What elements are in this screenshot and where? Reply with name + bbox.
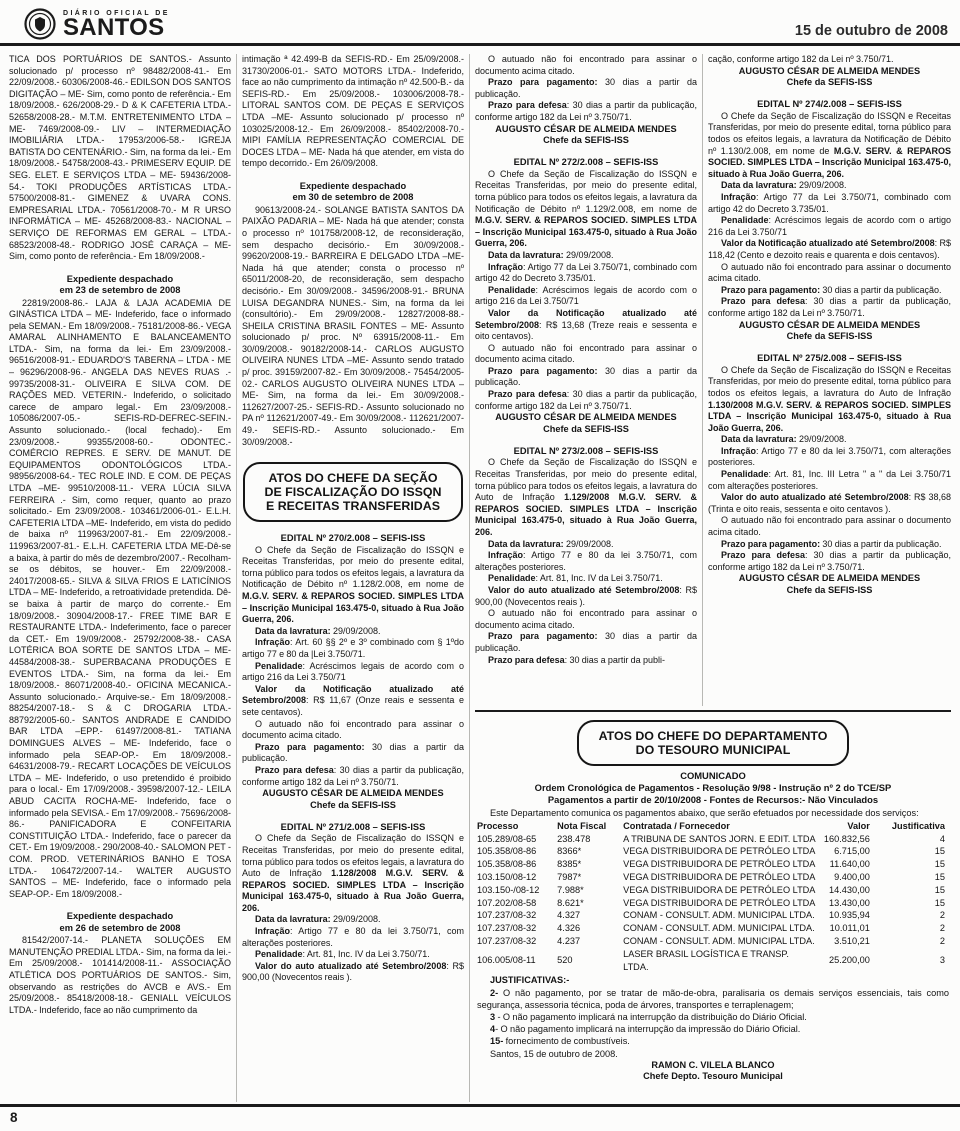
paragraph: O Chefe da Seção de Fiscalização do ISSQ… — [475, 457, 697, 538]
edital-273: EDITAL Nº 273/2.008 – SEFIS-ISS O Chefe … — [475, 446, 697, 666]
paragraph: O Chefe da Seção de Fiscalização do ISSQ… — [475, 169, 697, 250]
table-cell: 9.400,00 — [816, 871, 891, 884]
paragraph: Infração: Artigo 77 e 80 da lei 3.750/71… — [475, 550, 697, 573]
table-cell: 15 — [892, 858, 949, 871]
table-cell: 238.478 — [557, 833, 623, 846]
section-heading-line: em 30 de setembro de 2008 — [242, 192, 464, 203]
section-heading: Expediente despachado em 23 de setembro … — [9, 274, 231, 297]
paragraph: Infração: Artigo 77 e 80 da lei 3.750/71… — [242, 926, 464, 949]
text-run: Prazo para pagamento: — [721, 285, 820, 295]
text-run: Penalidade — [721, 215, 769, 225]
text-run: - O não pagamento implicará na interrupç… — [495, 1024, 800, 1034]
paragraph: Penalidade: Art. 81, Inc. IV da Lei 3.75… — [475, 573, 697, 585]
text-run: O autuado não foi encontrado para assina… — [475, 54, 697, 76]
paragraph: O autuado não foi encontrado para assina… — [475, 54, 697, 77]
table-cell: 3 — [892, 948, 949, 974]
text-run: Prazo para defesa — [255, 765, 334, 775]
text-run: : Art. 81, Inc. IV da Lei 3.750/71. — [303, 949, 430, 959]
column-divider — [236, 54, 237, 1102]
text-run: Data da lavratura: — [721, 180, 797, 190]
table-cell: 107.237/08-32 — [477, 922, 557, 935]
text-run: Penalidade — [255, 949, 303, 959]
text-run: O Chefe da Seção de Fiscalização do ISSQ… — [242, 545, 464, 590]
table-cell: LASER BRASIL LOGÍSTICA E TRANSP. LTDA. — [623, 948, 816, 974]
edital-271: EDITAL Nº 271/2.008 – SEFIS-ISS O Chefe … — [242, 822, 464, 984]
edital-title: EDITAL Nº 275/2.008 – SEFIS-ISS — [708, 353, 951, 364]
text-run: 1.130/2008 M.G.V. SERV. & REPAROS SOCIED… — [708, 400, 951, 433]
text-run: Prazo para pagamento: — [488, 366, 598, 376]
text-run: Prazo para defesa — [488, 100, 567, 110]
text-run: Prazo para pagamento: — [255, 742, 365, 752]
table-cell: 10.935,94 — [816, 909, 891, 922]
text-run: O autuado não foi encontrado para assina… — [475, 343, 697, 365]
table-cell: 7987* — [557, 871, 623, 884]
paragraph: Prazo para defesa: 30 dias a partir da p… — [475, 100, 697, 123]
signature-role: Chefe da SEFIS-ISS — [708, 77, 951, 88]
signature-name: AUGUSTO CÉSAR DE ALMEIDA MENDES — [708, 320, 951, 331]
page-number: 8 — [10, 1110, 18, 1125]
paragraph: 3 - O não pagamento implicará na interru… — [477, 1011, 949, 1023]
text-run: 30 dias a partir da publicação. — [820, 539, 941, 549]
text-run: Prazo para defesa — [488, 389, 567, 399]
edital-271-continuation: O autuado não foi encontrado para assina… — [475, 54, 697, 124]
text-run: Valor da Notificação atualizado até Sete… — [721, 238, 935, 248]
santos-crest-icon — [24, 8, 56, 40]
text-run: Prazo para pagamento: — [488, 77, 598, 87]
signature-role: Chefe da SEFIS-ISS — [475, 135, 697, 146]
paragraph: O Chefe da Seção de Fiscalização do ISSQ… — [242, 833, 464, 914]
paragraph: O autuado não foi encontrado para assina… — [708, 262, 951, 285]
table-cell: 8.621* — [557, 897, 623, 910]
column-header: Processo — [477, 820, 557, 833]
edital-title: EDITAL Nº 270/2.008 – SEFIS-ISS — [242, 533, 464, 544]
paragraph: O autuado não foi encontrado para assina… — [475, 343, 697, 366]
text-run: 29/09/2008. — [564, 250, 614, 260]
table-cell: CONAM - CONSULT. ADM. MUNICIPAL LTDA. — [623, 909, 816, 922]
paragraph: Prazo para defesa: 30 dias a partir da p… — [475, 389, 697, 412]
section-heading: Expediente despachado em 30 de setembro … — [242, 181, 464, 204]
paragraph: Valor do auto atualizado até Setembro/20… — [708, 492, 951, 515]
paragraph: Penalidade: Acréscimos legais de acordo … — [708, 215, 951, 238]
table-cell: 4 — [892, 833, 949, 846]
edital-body: O Chefe da Seção de Fiscalização do ISSQ… — [475, 457, 697, 666]
comunicado-subtitle: Ordem Cronológica de Pagamentos - Resolu… — [477, 782, 949, 794]
table-cell: 105.358/08-86 — [477, 858, 557, 871]
text-run: 29/09/2008. — [797, 434, 847, 444]
paragraph: Prazo para pagamento: 30 dias a partir d… — [475, 631, 697, 654]
table-cell: 107.237/08-32 — [477, 909, 557, 922]
table-cell: 2 — [892, 935, 949, 948]
table-cell: 15 — [892, 845, 949, 858]
table-cell: 105.358/08-86 — [477, 845, 557, 858]
text-run: Valor do auto atualizado até Setembro/20… — [721, 492, 909, 502]
paragraph: Infração: Artigo 77 da Lei 3.750/71, com… — [708, 192, 951, 215]
section-heading-line: Expediente despachado — [9, 911, 231, 922]
footer-rule — [0, 1104, 960, 1107]
justificativas-list: 2- O não pagamento, por se tratar de mão… — [477, 987, 949, 1060]
edital-body: O Chefe da Seção de Fiscalização do ISSQ… — [475, 169, 697, 412]
column-2: intimação ª 42.499-B da SEFIS-RD.- Em 25… — [242, 54, 464, 1102]
table-cell: VEGA DISTRIBUIDORA DE PETRÓLEO LTDA — [623, 884, 816, 897]
gazette-page: DIÁRIO OFICIAL DE SANTOS 15 de outubro d… — [0, 0, 960, 1131]
paragraph: O Chefe da Seção de Fiscalização do ISSQ… — [242, 545, 464, 626]
text-run: 30 dias a partir da publicação. — [820, 285, 941, 295]
paragraph: Data da lavratura: 29/09/2008. — [242, 626, 464, 638]
table-row: 106.005/08-11520LASER BRASIL LOGÍSTICA E… — [477, 948, 949, 974]
signature: AUGUSTO CÉSAR DE ALMEIDA MENDES Chefe da… — [708, 66, 951, 89]
table-cell: 103.150/08-12 — [477, 871, 557, 884]
table-header-row: Processo Nota Fiscal Contratada / Fornec… — [477, 820, 949, 833]
signature: AUGUSTO CÉSAR DE ALMEIDA MENDES Chefe da… — [475, 124, 697, 147]
table-row: 103.150-/08-127.988*VEGA DISTRIBUIDORA D… — [477, 884, 949, 897]
paragraph: TICA DOS PORTUÁRIOS DE SANTOS.- Assunto … — [9, 54, 231, 263]
logo-text: DIÁRIO OFICIAL DE SANTOS — [63, 10, 170, 38]
column-4: cação, conforme artigo 182 da Lei nº 3.7… — [708, 54, 951, 706]
paragraph: Prazo para defesa: 30 dias a partir da p… — [242, 765, 464, 788]
table-cell: CONAM - CONSULT. ADM. MUNICIPAL LTDA. — [623, 935, 816, 948]
table-cell: 14.430,00 — [816, 884, 891, 897]
table-cell: CONAM - CONSULT. ADM. MUNICIPAL LTDA. — [623, 922, 816, 935]
table-row: 105.289/08-65238.478A TRIBUNA DE SANTOS … — [477, 833, 949, 846]
column-divider — [469, 54, 470, 1102]
table-cell: 103.150-/08-12 — [477, 884, 557, 897]
signature-role: Chefe Depto. Tesouro Municipal — [477, 1071, 949, 1082]
text-run: 15- — [490, 1036, 503, 1046]
text-run: 29/09/2008. — [564, 539, 614, 549]
banner-line: DO TESOURO MUNICIPAL — [587, 743, 839, 757]
tesouro-section-banner: ATOS DO CHEFE DO DEPARTAMENTO DO TESOURO… — [577, 720, 849, 766]
table-cell: 4.237 — [557, 935, 623, 948]
column-3: O autuado não foi encontrado para assina… — [475, 54, 697, 706]
paragraph: Data da lavratura: 29/09/2008. — [708, 434, 951, 446]
text-run: Data da lavratura: — [721, 434, 797, 444]
paragraph: Data da lavratura: 29/09/2008. — [475, 539, 697, 551]
text-run: O autuado não foi encontrado para assina… — [475, 608, 697, 630]
signature-role: Chefe da SEFIS-ISS — [708, 585, 951, 596]
paragraph: intimação ª 42.499-B da SEFIS-RD.- Em 25… — [242, 54, 464, 170]
main-content: TICA DOS PORTUÁRIOS DE SANTOS.- Assunto … — [0, 46, 960, 1102]
signature-name: AUGUSTO CÉSAR DE ALMEIDA MENDES — [242, 788, 464, 799]
text-run: O autuado não foi encontrado para assina… — [708, 515, 951, 537]
table-cell: 25.200,00 — [816, 948, 891, 974]
table-cell: 10.011,01 — [816, 922, 891, 935]
table-cell: 3.510,21 — [816, 935, 891, 948]
signature-name: AUGUSTO CÉSAR DE ALMEIDA MENDES — [475, 124, 697, 135]
edital-body: O Chefe da Seção de Fiscalização do ISSQ… — [242, 545, 464, 788]
table-cell: 520 — [557, 948, 623, 974]
paragraph: 15- fornecimento de combustíveis. — [477, 1035, 949, 1047]
table-row: 107.237/08-324.326CONAM - CONSULT. ADM. … — [477, 922, 949, 935]
page-header: DIÁRIO OFICIAL DE SANTOS 15 de outubro d… — [0, 0, 960, 46]
paragraph: Prazo para pagamento: 30 dias a partir d… — [475, 366, 697, 389]
edital-title: EDITAL Nº 271/2.008 – SEFIS-ISS — [242, 822, 464, 833]
text-run: Data da lavratura: — [255, 626, 331, 636]
table-cell: 15 — [892, 897, 949, 910]
text-run: O não pagamento, por se tratar de mão-de… — [477, 988, 949, 1010]
table-row: 107.202/08-588.621*VEGA DISTRIBUIDORA DE… — [477, 897, 949, 910]
table-cell: 105.289/08-65 — [477, 833, 557, 846]
column-header: Contratada / Fornecedor — [623, 820, 816, 833]
signature: AUGUSTO CÉSAR DE ALMEIDA MENDES Chefe da… — [242, 788, 464, 811]
table-cell: 160.832,56 — [816, 833, 891, 846]
paragraph: Infração: Artigo 77 e 80 da lei 3.750/71… — [708, 446, 951, 469]
edital-body: O Chefe da Seção de Fiscalização do ISSQ… — [708, 111, 951, 320]
banner-line: ATOS DO CHEFE DA SEÇÃO — [249, 471, 457, 485]
table-cell: 7.988* — [557, 884, 623, 897]
paragraph: Prazo para pagamento: 30 dias a partir d… — [242, 742, 464, 765]
comunicado-title: COMUNICADO — [477, 770, 949, 782]
text-run: Penalidade — [488, 285, 536, 295]
right-upper-columns: O autuado não foi encontrado para assina… — [475, 54, 951, 706]
table-cell: VEGA DISTRIBUIDORA DE PETRÓLEO LTDA — [623, 845, 816, 858]
text-run: fornecimento de combustíveis. — [503, 1036, 630, 1046]
text-run: : 30 dias a partir da publi- — [565, 655, 665, 665]
text-run: Santos, 15 de outubro de 2008. — [490, 1049, 618, 1059]
paragraph: Penalidade: Art. 81, Inc. III Letra " a … — [708, 469, 951, 492]
signature-role: Chefe da SEFIS-ISS — [708, 331, 951, 342]
text-run: Infração — [488, 550, 523, 560]
table-cell: VEGA DISTRIBUIDORA DE PETRÓLEO LTDA — [623, 897, 816, 910]
paragraph: Valor da Notificação atualizado até Sete… — [475, 308, 697, 343]
issqn-section-banner: ATOS DO CHEFE DA SEÇÃO DE FISCALIZAÇÃO D… — [243, 462, 463, 522]
text-run: - O não pagamento implicará na interrupç… — [495, 1012, 807, 1022]
edital-title: EDITAL Nº 274/2.008 – SEFIS-ISS — [708, 99, 951, 110]
signature-name: RAMON C. VILELA BLANCO — [477, 1060, 949, 1071]
paragraph: 22819/2008-86.- LAJA & LAJA ACADEMIA DE … — [9, 298, 231, 901]
paragraph: 81542/2007-14.- PLANETA SOLUÇÕES EM MANU… — [9, 935, 231, 1016]
text-run: Data da lavratura: — [255, 914, 331, 924]
text-run: : Art. 81, Inc. IV da Lei 3.750/71. — [536, 573, 663, 583]
text-run: O autuado não foi encontrado para assina… — [708, 262, 951, 284]
payments-table: Processo Nota Fiscal Contratada / Fornec… — [477, 820, 949, 974]
paragraph: Prazo para defesa: 30 dias a partir da p… — [475, 655, 697, 667]
text-run: Prazo para pagamento: — [721, 539, 820, 549]
text-run: 29/09/2008. — [797, 180, 847, 190]
paragraph: Data da lavratura: 29/09/2008. — [708, 180, 951, 192]
justificativas-title: JUSTIFICATIVAS:- — [477, 974, 949, 986]
text-run: Prazo para defesa — [721, 550, 805, 560]
table-row: 107.237/08-324.327CONAM - CONSULT. ADM. … — [477, 909, 949, 922]
edital-272: EDITAL Nº 272/2.008 – SEFIS-ISS O Chefe … — [475, 157, 697, 435]
column-divider — [702, 54, 703, 706]
text-run: 29/09/2008. — [331, 626, 381, 636]
signature-name: AUGUSTO CÉSAR DE ALMEIDA MENDES — [708, 573, 951, 584]
table-cell: VEGA DISTRIBUIDORA DE PETRÓLEO LTDA — [623, 871, 816, 884]
signature-name: AUGUSTO CÉSAR DE ALMEIDA MENDES — [475, 412, 697, 423]
text-run: M.G.V. SERV. & REPAROS SOCIED. SIMPLES L… — [242, 591, 464, 624]
table-cell: 107.237/08-32 — [477, 935, 557, 948]
paragraph: Prazo para defesa: 30 dias a partir da p… — [708, 296, 951, 319]
paragraph: Prazo para pagamento: 30 dias a partir d… — [708, 539, 951, 551]
table-cell: 15 — [892, 871, 949, 884]
column-header: Valor — [816, 820, 891, 833]
text-run: Penalidade — [255, 661, 303, 671]
section-divider-rule — [475, 710, 951, 712]
table-cell: 13.430,00 — [816, 897, 891, 910]
text-run: Infração — [488, 262, 523, 272]
text-run: O Chefe da Seção de Fiscalização do ISSQ… — [708, 365, 951, 398]
table-cell: 2 — [892, 922, 949, 935]
text-run: Penalidade — [488, 573, 536, 583]
gazette-logo: DIÁRIO OFICIAL DE SANTOS — [24, 8, 170, 40]
paragraph: 4- O não pagamento implicará na interrup… — [477, 1023, 949, 1035]
table-row: 105.358/08-868366*VEGA DISTRIBUIDORA DE … — [477, 845, 949, 858]
edital-body: O Chefe da Seção de Fiscalização do ISSQ… — [708, 365, 951, 574]
payments-table-header: Processo Nota Fiscal Contratada / Fornec… — [477, 820, 949, 833]
table-cell: 4.327 — [557, 909, 623, 922]
paragraph: Este Departamento comunica os pagamentos… — [477, 807, 949, 819]
text-run: Prazo para pagamento: — [488, 631, 598, 641]
banner-line: ATOS DO CHEFE DO DEPARTAMENTO — [587, 729, 839, 743]
table-cell: 8385* — [557, 858, 623, 871]
paragraph: cação, conforme artigo 182 da Lei nº 3.7… — [708, 54, 951, 66]
edital-275: EDITAL Nº 275/2.008 – SEFIS-ISS O Chefe … — [708, 353, 951, 596]
text-run: Penalidade — [721, 469, 769, 479]
text-run: Data da lavratura: — [488, 539, 564, 549]
paragraph: O Chefe da Seção de Fiscalização do ISSQ… — [708, 365, 951, 435]
text-run: 29/09/2008. — [331, 914, 381, 924]
paragraph: O autuado não foi encontrado para assina… — [475, 608, 697, 631]
column-header: Nota Fiscal — [557, 820, 623, 833]
text-run: Prazo para defesa — [488, 655, 565, 665]
table-cell: 6.715,00 — [816, 845, 891, 858]
paragraph: 90613/2008-24.- SOLANGE BATISTA SANTOS D… — [242, 205, 464, 448]
paragraph: O autuado não foi encontrado para assina… — [708, 515, 951, 538]
banner-line: E RECEITAS TRANSFERIDAS — [249, 499, 457, 513]
section-heading-line: em 23 de setembro de 2008 — [9, 285, 231, 296]
column-1: TICA DOS PORTUÁRIOS DE SANTOS.- Assunto … — [9, 54, 231, 1102]
edital-274: EDITAL Nº 274/2.008 – SEFIS-ISS O Chefe … — [708, 99, 951, 342]
signature: RAMON C. VILELA BLANCO Chefe Depto. Teso… — [477, 1060, 949, 1083]
paragraph: Data da lavratura: 29/09/2008. — [242, 914, 464, 926]
edital-title: EDITAL Nº 273/2.008 – SEFIS-ISS — [475, 446, 697, 457]
table-cell: 106.005/08-11 — [477, 948, 557, 974]
paragraph: Penalidade: Acréscimos legais de acordo … — [475, 285, 697, 308]
section-heading-line: Expediente despachado — [242, 181, 464, 192]
text-run: Infração — [721, 192, 756, 202]
table-row: 107.237/08-324.237CONAM - CONSULT. ADM. … — [477, 935, 949, 948]
section-heading-line: em 26 de setembro de 2008 — [9, 923, 231, 934]
table-row: 105.358/08-868385*VEGA DISTRIBUIDORA DE … — [477, 858, 949, 871]
signature: AUGUSTO CÉSAR DE ALMEIDA MENDES Chefe da… — [708, 320, 951, 343]
text-run: Data da lavratura: — [488, 250, 564, 260]
text-run: Infração — [721, 446, 756, 456]
signature-role: Chefe da SEFIS-ISS — [475, 424, 697, 435]
section-heading: Expediente despachado em 26 de setembro … — [9, 911, 231, 934]
paragraph: Prazo para defesa: 30 dias a partir da p… — [708, 550, 951, 573]
paragraph: Valor do auto atualizado até Setembro/20… — [242, 961, 464, 984]
text-run: 2- — [490, 988, 498, 998]
paragraph: O autuado não foi encontrado para assina… — [242, 719, 464, 742]
text-run: O Chefe da Seção de Fiscalização do ISSQ… — [475, 169, 697, 214]
table-cell: VEGA DISTRIBUIDORA DE PETRÓLEO LTDA — [623, 858, 816, 871]
right-half: O autuado não foi encontrado para assina… — [475, 54, 951, 1102]
paragraph: Valor da Notificação atualizado até Sete… — [242, 684, 464, 719]
paragraph: Valor da Notificação atualizado até Sete… — [708, 238, 951, 261]
edital-270: EDITAL Nº 270/2.008 – SEFIS-ISS O Chefe … — [242, 533, 464, 811]
table-cell: 4.326 — [557, 922, 623, 935]
text-run: Valor do auto atualizado até Setembro/20… — [488, 585, 679, 595]
paragraph: 2- O não pagamento, por se tratar de mão… — [477, 987, 949, 1011]
paragraph: Penalidade: Art. 81, Inc. IV da Lei 3.75… — [242, 949, 464, 961]
issue-date: 15 de outubro de 2008 — [795, 23, 948, 40]
text-run: Infração — [255, 926, 290, 936]
text-run: M.G.V. SERV. & REPAROS SOCIED. SIMPLES L… — [475, 215, 697, 248]
signature-name: AUGUSTO CÉSAR DE ALMEIDA MENDES — [708, 66, 951, 77]
signature: AUGUSTO CÉSAR DE ALMEIDA MENDES Chefe da… — [475, 412, 697, 435]
paragraph: Santos, 15 de outubro de 2008. — [477, 1048, 949, 1060]
tesouro-section: ATOS DO CHEFE DO DEPARTAMENTO DO TESOURO… — [475, 714, 951, 1083]
table-row: 103.150/08-127987*VEGA DISTRIBUIDORA DE … — [477, 871, 949, 884]
column-header: Justificativa — [892, 820, 949, 833]
table-cell: 107.202/08-58 — [477, 897, 557, 910]
section-heading-line: Expediente despachado — [9, 274, 231, 285]
table-cell: 11.640,00 — [816, 858, 891, 871]
table-cell: 15 — [892, 884, 949, 897]
edital-body: O Chefe da Seção de Fiscalização do ISSQ… — [242, 833, 464, 984]
logo-big-text: SANTOS — [63, 17, 170, 38]
paragraph: O Chefe da Seção de Fiscalização do ISSQ… — [708, 111, 951, 181]
paragraph: Valor do auto atualizado até Setembro/20… — [475, 585, 697, 608]
payments-table-body: 105.289/08-65238.478A TRIBUNA DE SANTOS … — [477, 833, 949, 974]
comunicado-subtitle: Pagamentos a partir de 20/10/2008 - Font… — [477, 794, 949, 806]
table-cell: 2 — [892, 909, 949, 922]
paragraph: Data da lavratura: 29/09/2008. — [475, 250, 697, 262]
paragraph: Infração: Artigo 77 da Lei 3.750/71, com… — [475, 262, 697, 285]
text-run: Valor do auto atualizado até Setembro/20… — [255, 961, 446, 971]
table-cell: 8366* — [557, 845, 623, 858]
paragraph: Prazo para pagamento: 30 dias a partir d… — [708, 285, 951, 297]
text-run: Prazo para defesa — [721, 296, 805, 306]
text-run: Infração — [255, 637, 290, 647]
signature-role: Chefe da SEFIS-ISS — [242, 800, 464, 811]
paragraph: Penalidade: Acréscimos legais de acordo … — [242, 661, 464, 684]
text-run: O autuado não foi encontrado para assina… — [242, 719, 464, 741]
banner-line: DE FISCALIZAÇÃO DO ISSQN — [249, 485, 457, 499]
table-cell: A TRIBUNA DE SANTOS JORN. E EDIT. LTDA — [623, 833, 816, 846]
paragraph: Infração: Art. 60 §§ 2º e 3º combinado c… — [242, 637, 464, 660]
signature: AUGUSTO CÉSAR DE ALMEIDA MENDES Chefe da… — [708, 573, 951, 596]
paragraph: Prazo para pagamento: 30 dias a partir d… — [475, 77, 697, 100]
edital-title: EDITAL Nº 272/2.008 – SEFIS-ISS — [475, 157, 697, 168]
